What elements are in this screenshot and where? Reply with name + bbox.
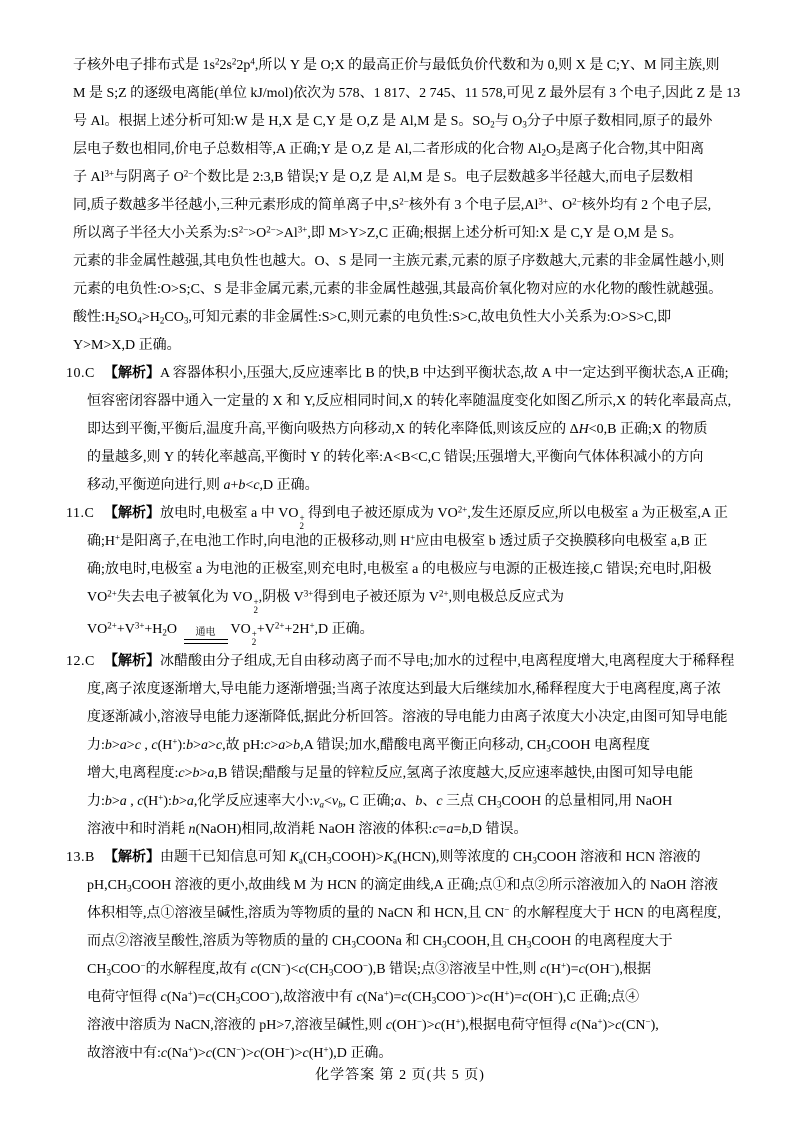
text-line: 溶液中和时消耗 n(NaOH)相同,故消耗 NaOH 溶液的体积:c=a=b,D… <box>87 816 747 844</box>
text-line: 层电子数也相同,价电子总数相等,A 正确;Y 是 O,Z 是 Al,二者形成的化… <box>73 136 747 164</box>
answer-paragraph: 11.C【解析】放电时,电极室 a 中 VO+2 得到电子被还原成为 VO2+,… <box>87 500 747 648</box>
text-line: 确;H+是阳离子,在电池工作时,向电池的正极移动,则 H+应由电极室 b 透过质… <box>87 528 747 556</box>
document-page: 子核外电子排布式是 1s22s22p4,所以 Y 是 O;X 的最高正价与最低负… <box>0 0 800 1122</box>
text-line: 度逐渐减小,溶液导电能力逐渐降低,据此分析回答。溶液的导电能力由离子浓度大小决定… <box>87 704 747 732</box>
text-line: 移动,平衡逆向进行,则 a+b<c,D 正确。 <box>87 472 747 500</box>
text-line: 电荷守恒得 c(Na+)=c(CH3COO−),故溶液中有 c(Na+)=c(C… <box>87 984 747 1012</box>
answer-paragraph: 子核外电子排布式是 1s22s22p4,所以 Y 是 O;X 的最高正价与最低负… <box>73 52 747 360</box>
text-line: 而点②溶液呈酸性,溶质为等物质的量的 CH3COONa 和 CH3COOH,且 … <box>87 928 747 956</box>
answer-paragraph: 12.C【解析】冰醋酸由分子组成,无自由移动离子而不导电;加水的过程中,电离程度… <box>87 648 747 844</box>
reaction-condition-bar: 通电 <box>184 627 228 644</box>
text-line: VO2+失去电子被氧化为 VO+2,阴极 V3+得到电子被还原为 V2+,则电极… <box>87 584 747 612</box>
answer-number-label: 13.B <box>66 844 95 872</box>
text-line: 溶液中溶质为 NaCN,溶液的 pH>7,溶液呈碱性,则 c(OH−)>c(H+… <box>87 1012 747 1040</box>
text-line: 确;放电时,电极室 a 为电池的正极室,则充电时,电极室 a 的电极应与电源的正… <box>87 556 747 584</box>
answer-number-label: 10.C <box>66 360 95 388</box>
text-line: 即达到平衡,平衡后,温度升高,平衡向吸热方向移动,X 的转化率降低,则该反应的 … <box>87 416 747 444</box>
text-line: M 是 S;Z 的逐级电离能(单位 kJ/mol)依次为 578、1 817、2… <box>73 80 747 108</box>
equation-line: VO2++V3++H2O 通电VO+2+V2++2H+,D 正确。 <box>87 612 747 648</box>
answer-paragraph: 13.B【解析】由题干已知信息可知 Ka(CH3COOH)>Ka(HCN),则等… <box>87 844 747 1068</box>
text-line: 11.C【解析】放电时,电极室 a 中 VO+2 得到电子被还原成为 VO2+,… <box>87 500 747 528</box>
answer-number-label: 11.C <box>66 500 94 528</box>
text-line: 同,质子数越多半径越小,三种元素形成的简单离子中,S2−核外有 3 个电子层,A… <box>73 192 747 220</box>
text-line: 13.B【解析】由题干已知信息可知 Ka(CH3COOH)>Ka(HCN),则等… <box>87 844 747 872</box>
text-line: 恒容密闭容器中通入一定量的 X 和 Y,反应相同时间,X 的转化率随温度变化如图… <box>87 388 747 416</box>
text-line: 酸性:H2SO4>H2CO3,可知元素的非金属性:S>C,则元素的电负性:S>C… <box>73 304 747 332</box>
text-line: 力:b>a , c(H+):b>a,化学反应速率大小:va<vb, C 正确;a… <box>87 788 747 816</box>
text-line: 力:b>a>c , c(H+):b>a>c,故 pH:c>a>b,A 错误;加水… <box>87 732 747 760</box>
answer-content: 子核外电子排布式是 1s22s22p4,所以 Y 是 O;X 的最高正价与最低负… <box>0 52 800 1068</box>
text-line: 度,离子浓度逐渐增大,导电能力逐渐增强;当离子浓度达到最大后继续加水,稀释程度大… <box>87 676 747 704</box>
page-footer-text: 化学答案 第 2 页(共 5 页) <box>315 1068 485 1083</box>
text-line: 12.C【解析】冰醋酸由分子组成,无自由移动离子而不导电;加水的过程中,电离程度… <box>87 648 747 676</box>
text-line: 增大,电离程度:c>b>a,B 错误;醋酸与足量的锌粒反应,氢离子浓度越大,反应… <box>87 760 747 788</box>
text-line: 故溶液中有:c(Na+)>c(CN−)>c(OH−)>c(H+),D 正确。 <box>87 1040 747 1068</box>
text-line: 号 Al。根据上述分析可知:W 是 H,X 是 C,Y 是 O,Z 是 Al,M… <box>73 108 747 136</box>
text-line: 子 Al3+与阴离子 O2−个数比是 2:3,B 错误;Y 是 O,Z 是 Al… <box>73 164 747 192</box>
page-footer: 化学答案 第 2 页(共 5 页) <box>0 1066 800 1086</box>
text-line: 所以离子半径大小关系为:S2−>O2−>Al3+,即 M>Y>Z,C 正确;根据… <box>73 220 747 248</box>
text-line: 元素的非金属性越强,其电负性也越大。O、S 是同一主族元素,元素的原子序数越大,… <box>73 248 747 276</box>
text-line: 体积相等,点①溶液呈碱性,溶质为等物质的量的 NaCN 和 HCN,且 CN− … <box>87 900 747 928</box>
stacked-sub-sup: +2 <box>252 630 257 646</box>
text-line: 元素的电负性:O>S;C、S 是非金属元素,元素的非金属性越强,其最高价氧化物对… <box>73 276 747 304</box>
text-line: Y>M>X,D 正确。 <box>73 332 747 360</box>
text-line: CH3COO−的水解程度,故有 c(CN−)<c(CH3COO−),B 错误;点… <box>87 956 747 984</box>
answer-number-label: 12.C <box>66 648 95 676</box>
answer-paragraph: 10.C【解析】A 容器体积小,压强大,反应速率比 B 的快,B 中达到平衡状态… <box>87 360 747 500</box>
text-line: 子核外电子排布式是 1s22s22p4,所以 Y 是 O;X 的最高正价与最低负… <box>73 52 747 80</box>
text-line: pH,CH3COOH 溶液的更小,故曲线 M 为 HCN 的滴定曲线,A 正确;… <box>87 872 747 900</box>
text-line: 10.C【解析】A 容器体积小,压强大,反应速率比 B 的快,B 中达到平衡状态… <box>87 360 747 388</box>
text-line: 的量越多,则 Y 的转化率越高,平衡时 Y 的转化率:A<B<C,C 错误;压强… <box>87 444 747 472</box>
